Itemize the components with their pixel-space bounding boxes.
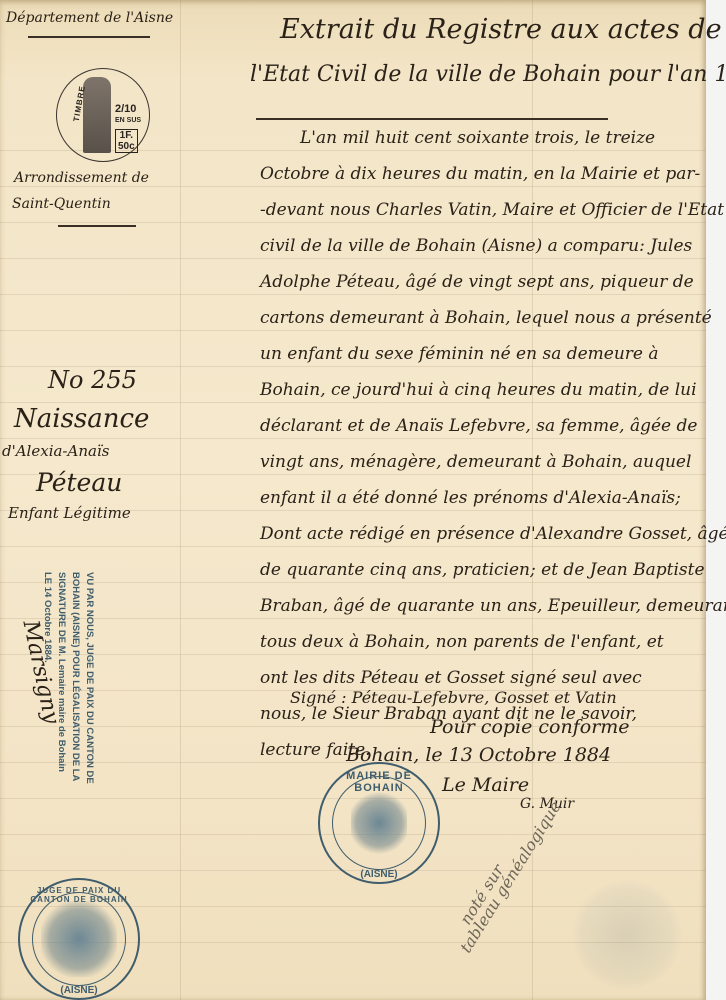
justice-figure-icon — [83, 77, 111, 153]
ruled-line — [0, 582, 706, 583]
pencil-note-line2: tableau généalogique — [456, 798, 565, 956]
signed-line: Signé : Péteau-Lefebvre, Gosset et Vatin — [290, 688, 617, 707]
body-line: tous deux à Bohain, non parents de l'enf… — [260, 632, 664, 652]
body-line: civil de la ville de Bohain (Aisne) a co… — [260, 236, 692, 256]
faded-seal — [572, 880, 682, 990]
document-title: Extrait du Registre aux actes de — [280, 14, 722, 45]
body-line: ont les dits Péteau et Gosset signé seul… — [260, 668, 642, 688]
justice-seal-top: JUGE DE PAIX DU CANTON DE BOHAIN — [20, 886, 138, 904]
body-line: L'an mil huit cent soixante trois, le tr… — [300, 128, 655, 148]
certification-mayor-title: Le Maire — [442, 774, 529, 796]
seal-emblem-icon — [351, 792, 408, 853]
justice-seal: JUGE DE PAIX DU CANTON DE BOHAIN (AISNE) — [18, 878, 140, 1000]
header-underline — [256, 118, 608, 120]
certification-line1: Pour copie conforme — [430, 716, 630, 738]
ruled-line — [0, 402, 706, 403]
body-line: Adolphe Péteau, âgé de vingt sept ans, p… — [260, 272, 694, 292]
child-status: Enfant Légitime — [8, 504, 131, 522]
arrondissement-line2: Saint-Quentin — [12, 196, 111, 212]
body-line: vingt ans, ménagère, demeurant à Bohain,… — [260, 452, 691, 472]
ruled-line — [0, 618, 706, 619]
mairie-seal: MAIRIE DE BOHAIN (AISNE) — [318, 762, 440, 884]
body-line: déclarant et de Anaïs Lefebvre, sa femme… — [260, 416, 697, 436]
body-line: Braban, âgé de quarante un ans, Epeuille… — [260, 596, 726, 616]
arrondissement-line1: Arrondissement de — [14, 170, 149, 186]
ruled-line — [0, 186, 706, 187]
ruled-line — [0, 330, 706, 331]
document-page: Département de l'Aisne TIMBRE 2/10 EN SU… — [0, 0, 706, 1000]
tax-stamp-value-bottom: 50c — [118, 141, 135, 152]
child-surname: Péteau — [36, 468, 122, 497]
legalisation-line3: SIGNATURE DE M. Lemaire maire de Bohain — [54, 572, 68, 784]
mairie-seal-top: MAIRIE DE BOHAIN — [320, 770, 438, 794]
ruled-line — [0, 258, 706, 259]
seal-emblem-icon — [41, 901, 117, 977]
body-line: cartons demeurant à Bohain, lequel nous … — [260, 308, 712, 328]
tax-stamp: TIMBRE 2/10 EN SUS 1F. 50c — [56, 68, 150, 162]
body-line: de quarante cinq ans, praticien; et de J… — [260, 560, 705, 580]
tax-stamp-value: 1F. 50c — [115, 129, 138, 153]
tax-stamp-surcharge: 2/10 — [115, 103, 136, 115]
body-line: Dont acte rédigé en présence d'Alexandre… — [260, 524, 726, 544]
legalisation-line1: VU PAR NOUS, JUGE DE PAIX DU CANTON DE — [82, 572, 96, 784]
document-title-line1: Extrait du Registre aux actes de — [280, 14, 722, 45]
child-given-names: d'Alexia-Anaïs — [2, 442, 109, 460]
ruled-line — [0, 546, 706, 547]
tax-stamp-value-top: 1F. — [120, 130, 133, 141]
body-line: un enfant du sexe féminin né en sa demeu… — [260, 344, 659, 364]
margin-rule — [180, 0, 181, 1000]
act-type: Naissance — [14, 404, 149, 434]
body-line: Octobre à dix heures du matin, en la Mai… — [260, 164, 700, 184]
ruled-line — [0, 294, 706, 295]
arrondissement-underline — [58, 225, 136, 227]
legalisation-line2: BOHAIN (AISNE) POUR LÉGALISATION DE LA — [68, 572, 82, 784]
body-line: Bohain, ce jourd'hui à cinq heures du ma… — [260, 380, 697, 400]
justice-seal-bottom: (AISNE) — [20, 985, 138, 996]
document-subtitle: l'Etat Civil de la ville de Bohain pour … — [250, 62, 726, 87]
ruled-line — [0, 654, 706, 655]
body-line: enfant il a été donné les prénoms d'Alex… — [260, 488, 681, 508]
department-label: Département de l'Aisne — [6, 10, 173, 26]
act-number: No 255 — [48, 366, 137, 394]
ruled-line — [0, 222, 706, 223]
mairie-seal-bottom: (AISNE) — [320, 869, 438, 880]
department-underline — [28, 36, 150, 38]
body-line: -devant nous Charles Vatin, Maire et Off… — [260, 200, 724, 220]
tax-stamp-en-sus: EN SUS — [115, 117, 141, 124]
ruled-line — [0, 438, 706, 439]
